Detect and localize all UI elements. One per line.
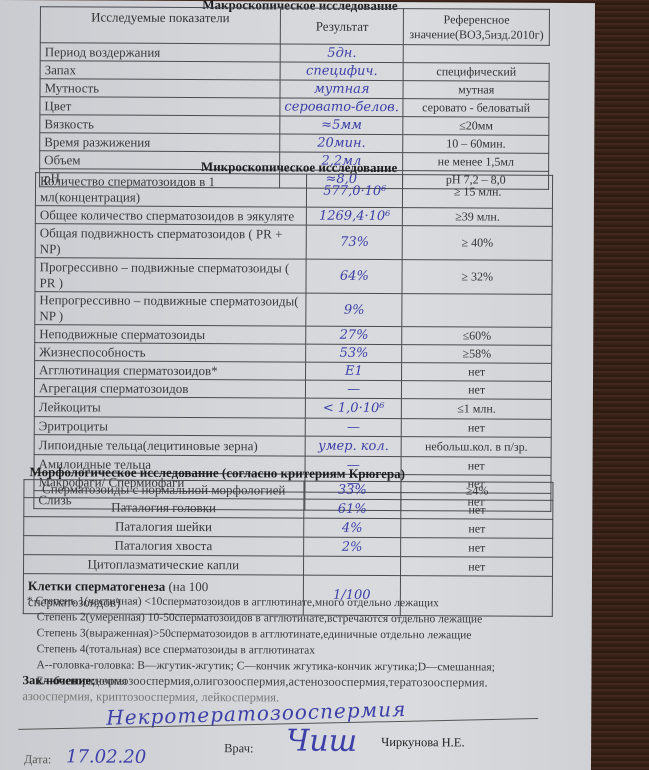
cell-result: умер. кол.	[305, 436, 401, 457]
cell-reference	[402, 294, 552, 328]
cell-result	[303, 556, 401, 576]
cell-result: 33%	[303, 481, 401, 500]
cell-result: 53%	[306, 344, 402, 363]
cell-result: E1	[306, 362, 402, 381]
cell-param: Запах	[40, 61, 280, 80]
cell-result: 9%	[306, 293, 402, 327]
cell-result: мутная	[280, 80, 404, 99]
cell-param: Паталогия шейки	[24, 517, 304, 537]
cell-result: < 1,0·10⁶	[306, 398, 402, 419]
cell-param: Липоидные тельца(лецитиновые зерна)	[34, 435, 305, 456]
cell-reference: ≥ 15 млн.	[403, 175, 553, 209]
cell-result: 61%	[303, 499, 401, 519]
doctor-name: Чиркунова Н.Е.	[381, 735, 465, 750]
cell-result: ≈5мм	[280, 116, 404, 135]
table-row: Непрогрессивно – подвижные сперматозоиды…	[35, 292, 552, 328]
cell-param: Прогрессивно – подвижные сперматозоиды (…	[35, 258, 307, 293]
cell-param: Агрегация сперматозоидов	[34, 379, 305, 398]
cell-param: Количество сперматозоидов в 1 мл(концент…	[35, 173, 307, 207]
cell-reference: нет	[401, 538, 553, 558]
cell-reference: ≤20мм	[403, 117, 549, 136]
cell-reference: специфический	[404, 63, 550, 82]
cell-param: Общая подвижность сперматозоидов ( PR + …	[35, 224, 307, 259]
cell-result: 73%	[307, 225, 403, 260]
cell-reference: небольш.кол. в п/зр.	[401, 437, 551, 458]
cell-reference: нет	[401, 519, 553, 539]
cell-result: специфич.	[280, 62, 404, 81]
cell-reference: ≥58%	[402, 345, 552, 364]
cell-param: Сперматозоиды с нормальной морфологией	[24, 480, 304, 499]
cell-param: Жизнеспособность	[35, 343, 306, 362]
doctor-label: Врач:	[224, 741, 253, 756]
cell-result: 20мин.	[280, 134, 404, 153]
cell-param: Агглютинация сперматозоидов*	[35, 361, 306, 380]
cell-param: Неподвижные сперматозоиды	[35, 325, 306, 344]
cell-param: Цитоплазматические капли	[23, 555, 303, 575]
cell-result: —	[306, 380, 402, 399]
cell-reference: ≥39 млн.	[403, 208, 553, 227]
cell-result: 5дн.	[280, 44, 404, 63]
cell-param: Паталогия хвоста	[24, 536, 304, 556]
cell-reference: нет	[402, 363, 552, 382]
cell-result: 27%	[306, 326, 402, 345]
cell-reference: мутная	[403, 81, 549, 100]
table-row: Общая подвижность сперматозоидов ( PR + …	[35, 224, 552, 261]
analysis-sheet: Макроскопическое исследование Исследуемы…	[0, 0, 595, 770]
cell-reference: нет	[402, 419, 552, 438]
cell-reference: нет	[402, 381, 552, 400]
cell-param: Цвет	[40, 97, 280, 116]
doctor-signature: Чиш	[286, 724, 357, 759]
cell-reference: нет	[401, 500, 553, 520]
cell-reference: 10 – 60мин.	[403, 135, 549, 154]
cell-param: Время разжижения	[40, 133, 280, 152]
table-row: Количество сперматозоидов в 1 мл(концент…	[35, 173, 552, 209]
cell-reference: ≤1 млн.	[402, 399, 552, 420]
date-value: 17.02.20	[66, 746, 146, 767]
cell-reference: нет	[401, 557, 553, 577]
spermatogenesis-label-bold: Клетки сперматогенеза	[28, 578, 165, 594]
cell-param: Лейкоциты	[34, 397, 305, 418]
cell-reference: ≥4%	[401, 482, 553, 501]
cell-result: 64%	[306, 259, 402, 294]
cell-param: Мутность	[40, 79, 280, 98]
cell-reference: ≥ 32%	[402, 260, 552, 295]
cell-param: Непрогрессивно – подвижные сперматозоиды…	[35, 292, 307, 326]
microscopic-table: Количество сперматозоидов в 1 мл(концент…	[33, 172, 553, 512]
cell-result: —	[306, 418, 402, 437]
cell-result: 1269,4·10⁶	[307, 207, 403, 226]
table-row: Лейкоциты< 1,0·10⁶≤1 млн.	[34, 397, 551, 420]
cell-reference: не менее 1,5мл	[403, 153, 549, 172]
cell-result: 4%	[303, 518, 401, 538]
cell-reference: ≤60%	[402, 327, 552, 346]
header-result: Результат	[280, 8, 404, 45]
cell-result: 2%	[303, 537, 401, 557]
cell-reference: серовато - беловатый	[403, 99, 549, 118]
date-label: Дата:	[24, 752, 51, 767]
table-row: Прогрессивно – подвижные сперматозоиды (…	[35, 258, 552, 295]
cell-param: Общее количество сперматозоидов в эякуля…	[35, 206, 306, 225]
cell-param: Период воздержания	[40, 43, 280, 62]
cell-param: Эритроциты	[34, 417, 305, 436]
cell-result: 577,0·10⁶	[307, 174, 403, 208]
cell-param: Вязкость	[40, 115, 280, 134]
cell-param: Паталогия головки	[24, 498, 304, 518]
table-row: Липоидные тельца(лецитиновые зерна)умер.…	[34, 435, 551, 458]
cell-result: серовато-белов.	[280, 98, 404, 117]
header-param: Исследуемые показатели	[40, 7, 280, 44]
header-reference: Референсное значение(ВОЗ,5изд.2010г)	[404, 9, 550, 46]
conclusion-label: Заключение:	[22, 673, 95, 687]
cell-reference: ≥ 40%	[402, 226, 552, 261]
conclusion-options-1: нормозооспермия,олигозооспермия,астенозо…	[95, 674, 487, 690]
